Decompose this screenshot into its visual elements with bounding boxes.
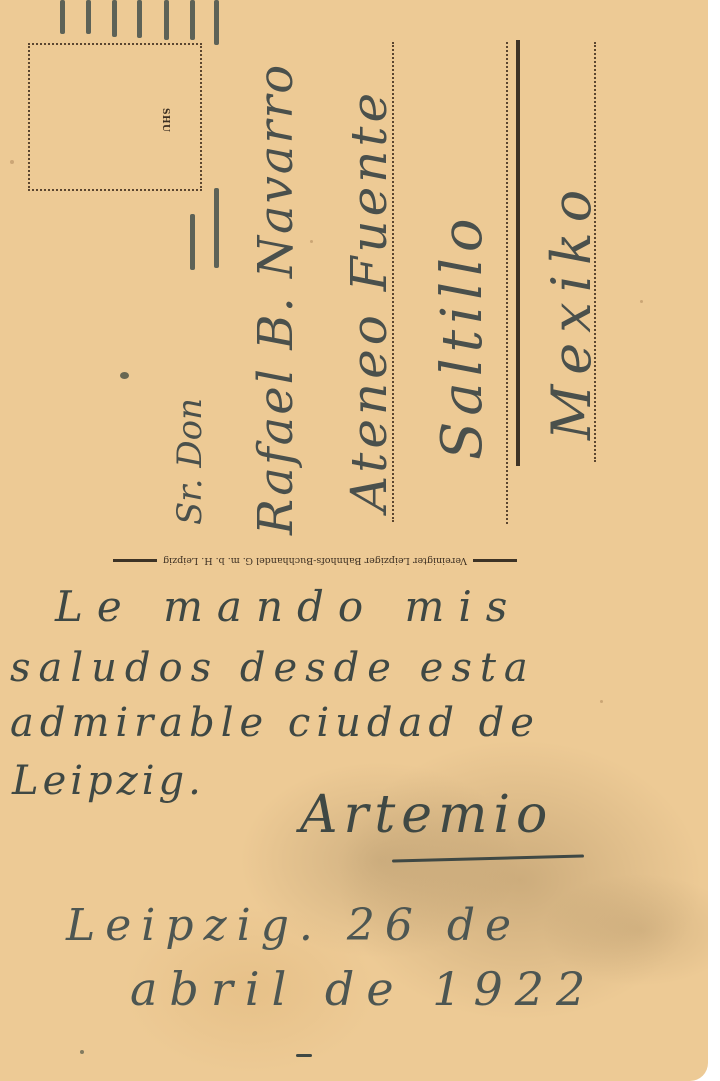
publisher-imprint: Vereinigter Leipziger Bahnhofs-Buchhande… [30, 553, 600, 569]
postmark-bar [112, 0, 117, 37]
postcard: SHU Sr. Don Rafael B. Navarro Ateneo Fue… [0, 0, 708, 1081]
address-city: Saltillo [430, 212, 495, 460]
postmark-bar [164, 0, 169, 40]
paper-speck [80, 1050, 84, 1054]
message-line-2: saludos desde esta [10, 645, 536, 691]
postmark-bar [214, 188, 219, 268]
message-line-3: admirable ciudad de [10, 700, 540, 746]
imprint-rule [113, 560, 157, 563]
signature-underline [392, 854, 584, 862]
imprint-text: Vereinigter Leipziger Bahnhofs-Buchhande… [163, 556, 467, 567]
ink-blot [120, 372, 129, 379]
postmark-bar [190, 214, 195, 270]
address-country: Mexiko [540, 180, 603, 440]
postmark-bar [190, 0, 195, 40]
address-institution: Ateneo Fuente [340, 89, 398, 512]
message-signature: Artemio [300, 785, 553, 845]
imprint-rule [473, 560, 517, 563]
address-recipient-name: Rafael B. Navarro [248, 63, 304, 535]
address-divider-line [516, 40, 520, 466]
message-line-1: Le mando mis [55, 582, 521, 631]
paper-speck [640, 300, 643, 303]
address-salutation: Sr. Don [170, 398, 210, 525]
postmark-bar [137, 0, 142, 38]
postmark-bar [86, 0, 91, 34]
postmark-bar [60, 0, 65, 34]
place-date-line-2: abril de 1922 [130, 962, 597, 1016]
postmark-bar [214, 0, 219, 45]
stamp-box-code: SHU [160, 108, 170, 132]
ink-dash-mark [296, 1054, 312, 1057]
message-line-4: Leipzig. [12, 758, 205, 804]
place-date-line-1: Leipzig. 26 de [66, 900, 521, 951]
paper-speck [310, 240, 313, 243]
paper-speck [10, 160, 14, 164]
stamp-placement-box [28, 43, 202, 191]
address-guide-dotted-line [506, 42, 508, 524]
paper-speck [600, 700, 603, 703]
